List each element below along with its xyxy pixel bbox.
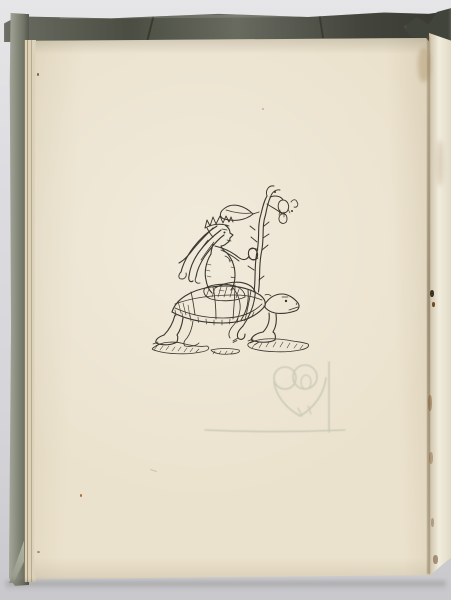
woodcut-illustration xyxy=(145,180,320,370)
foxing-spot xyxy=(431,518,434,527)
ghost-frame-bottom xyxy=(205,430,345,432)
foxing-smudge xyxy=(418,48,430,82)
gutter-crease xyxy=(427,36,430,574)
book-shadow xyxy=(6,581,446,590)
paper-fiber xyxy=(150,469,157,472)
foxing-spot xyxy=(432,302,435,307)
foxing-spot xyxy=(433,555,438,564)
foxing-smudge xyxy=(437,140,443,186)
foxing-spot xyxy=(429,452,433,464)
foxing-spot xyxy=(430,290,434,297)
paper-speck xyxy=(37,73,39,76)
book-photograph xyxy=(0,0,451,600)
foxing-spot xyxy=(428,395,432,411)
paper-speck xyxy=(262,108,264,110)
paper-speck xyxy=(80,494,82,497)
show-through-ghost xyxy=(200,352,350,437)
paper-speck xyxy=(37,551,40,553)
blank-page xyxy=(34,38,430,579)
